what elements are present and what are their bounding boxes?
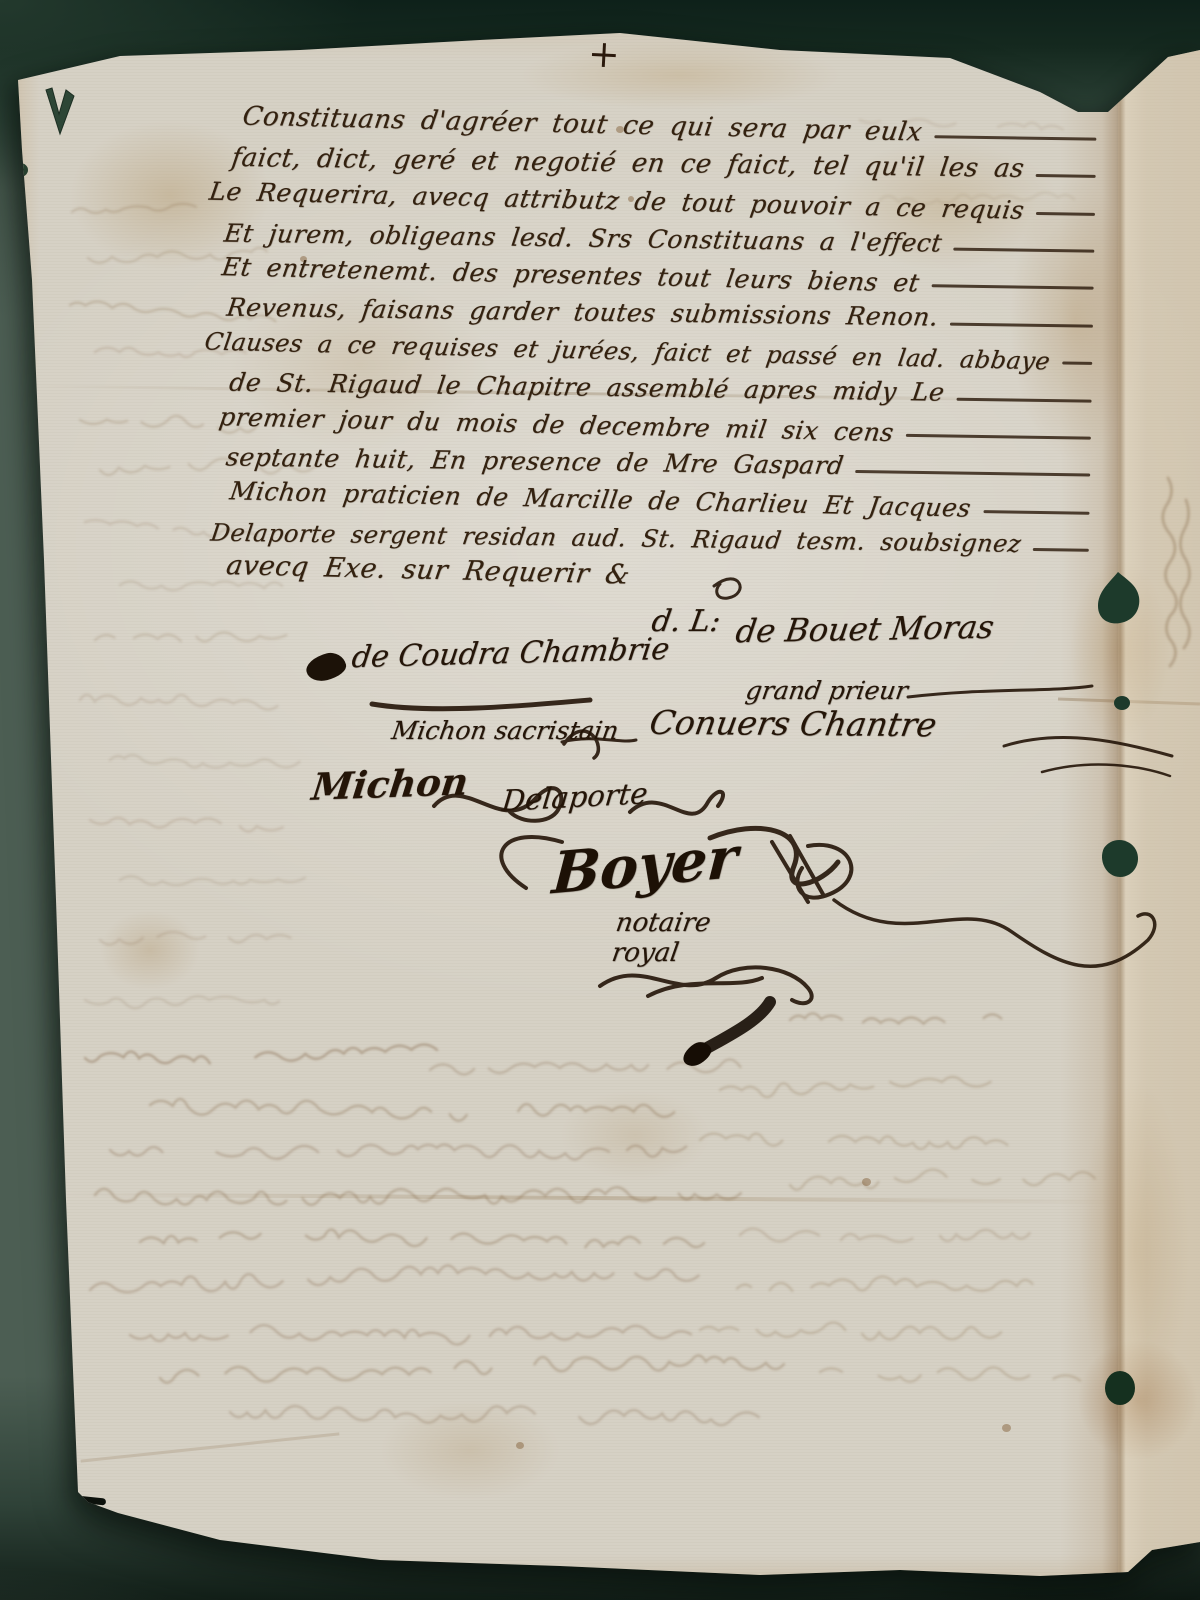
ghost-writing-line <box>720 1077 991 1097</box>
edge-slit <box>76 1495 107 1505</box>
fold-crease <box>60 1192 1120 1203</box>
fold-hole <box>1102 840 1138 877</box>
signature-delaporte: Delaporte <box>501 776 648 818</box>
line-filler-dash <box>1062 362 1092 365</box>
stain <box>560 1090 710 1180</box>
signature-coudra-chambrier: de Coudra Chambrie <box>352 632 670 675</box>
ghost-writing-line <box>100 932 291 945</box>
paper-wrap: Constituans d'agréer tout ce qui sera pa… <box>0 0 1200 1600</box>
ghost-writing-line <box>110 1145 686 1160</box>
line-filler-dash <box>950 322 1093 327</box>
signature-title-notaire: notaire <box>616 908 710 938</box>
ghost-writing-line <box>740 1229 1030 1242</box>
line-filler-dash <box>1036 212 1095 215</box>
ink-drip-stroke <box>700 1002 770 1052</box>
ghost-writing-line <box>700 1322 1001 1339</box>
signature-michon: Michon <box>311 759 468 808</box>
line-filler-dash <box>954 248 1095 253</box>
ghost-writing-line <box>95 632 286 641</box>
signature-conuers-chantre: Conuers Chantre <box>650 703 937 744</box>
signature-de-bouet-moras: de Bouet Moras <box>736 608 994 650</box>
manuscript-text-block: Constituans d'agréer tout ce qui sera pa… <box>216 96 1105 598</box>
ghost-writing-line <box>120 876 305 885</box>
foxing-speck <box>516 1442 524 1449</box>
ghost-writing-line <box>820 1367 1080 1381</box>
boyer-flourish-cluster <box>797 845 851 898</box>
ghost-writing-line <box>80 695 277 710</box>
foxing-speck <box>1002 1424 1011 1432</box>
ghost-writing-line <box>150 1099 674 1121</box>
tear-v-top-left <box>46 88 74 134</box>
ghost-writing-line <box>790 1169 1095 1189</box>
stain <box>520 40 840 110</box>
ink-blot <box>303 650 348 685</box>
line-filler-dash <box>934 135 1096 140</box>
line-filler-dash <box>931 285 1093 290</box>
manuscript-paper: Constituans d'agréer tout ce qui sera pa… <box>0 0 1200 1600</box>
signature-title-grand-prieur: grand prieur <box>746 676 908 705</box>
ghost-writing-line <box>85 1044 437 1063</box>
ghost-vertical-strip <box>1163 478 1177 666</box>
fold-crease <box>81 1432 340 1462</box>
stain <box>1078 1340 1198 1460</box>
line-filler-dash <box>983 510 1090 514</box>
ghost-writing-line <box>90 818 283 832</box>
ghost-writing-line <box>790 1013 1001 1023</box>
boyer-flourish-cluster <box>790 836 824 896</box>
boyer-long-tail <box>834 900 1155 966</box>
signature-title-royal: royal <box>612 938 679 968</box>
ink-blot <box>679 1038 715 1071</box>
line-filler-dash <box>855 470 1090 476</box>
grand-prieur-swash <box>908 686 1092 697</box>
royal-paraph <box>648 978 762 996</box>
royal-paraph <box>600 967 812 1003</box>
ghost-vertical-strip <box>1180 500 1189 648</box>
chantre-tail-swash <box>1042 764 1170 776</box>
ghost-writing-line <box>140 1229 704 1247</box>
ghost-writing-line <box>230 1406 759 1425</box>
ghost-writing-line <box>130 1325 691 1344</box>
invocation-cross-mark: + <box>587 31 621 77</box>
ghost-writing-line <box>700 1134 1007 1149</box>
foxing-speck <box>862 1178 871 1186</box>
fold-crease <box>1058 698 1200 706</box>
line-filler-dash <box>1033 548 1089 551</box>
stain <box>1080 1080 1190 1420</box>
ghost-writing-line <box>85 996 279 1008</box>
folded-leaf-edge <box>1118 40 1200 1575</box>
stain <box>380 1400 560 1500</box>
ghost-writing-line <box>160 1355 784 1382</box>
signature-boyer: Boyer <box>549 824 740 907</box>
fold-hole <box>1105 1371 1135 1405</box>
signature-michon-sacristain: Michon sacristain <box>392 716 618 745</box>
coudra-underline-flourish <box>372 700 590 709</box>
chantre-tail-swash <box>1004 737 1172 756</box>
line-filler-dash <box>906 434 1091 439</box>
fold-hole <box>1114 696 1130 710</box>
line-filler-dash <box>956 397 1091 402</box>
signature-initials-dl: d. L: <box>652 604 720 639</box>
line-filler-dash <box>1036 174 1096 177</box>
stain <box>100 910 200 990</box>
ghost-writing-line <box>110 755 299 768</box>
edge-nick <box>12 163 28 177</box>
ghost-writing-line <box>95 1187 741 1205</box>
boyer-flourish-cluster <box>772 842 808 902</box>
ghost-writing-line <box>90 1265 699 1292</box>
ghost-writing-line <box>737 1277 1032 1291</box>
fold-hole <box>1098 572 1139 623</box>
